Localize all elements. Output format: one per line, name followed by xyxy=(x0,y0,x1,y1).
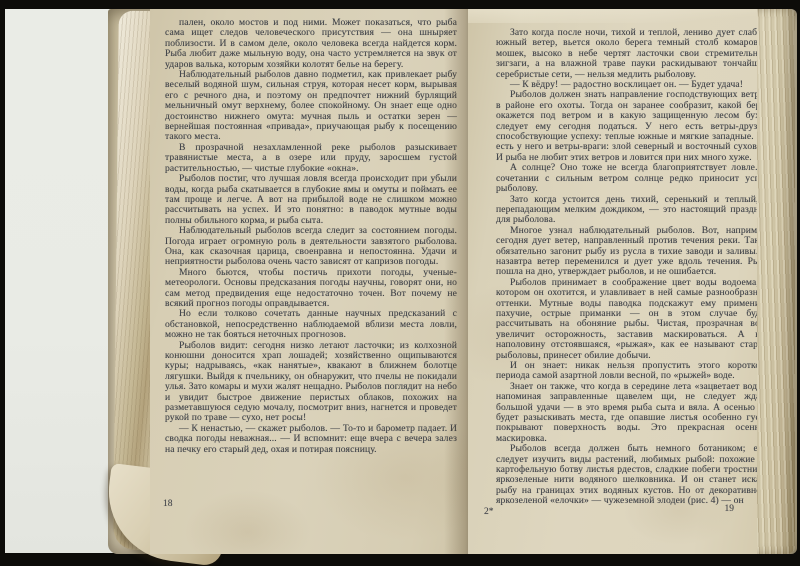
scanned-book-spread: пален, около мостов и под ними. Может по… xyxy=(0,0,800,566)
paragraph: Знает он также, что когда в середине лет… xyxy=(496,382,769,444)
paragraph: Зато когда устоится день тихий, сереньки… xyxy=(496,195,769,226)
open-book: пален, около мостов и под ними. Может по… xyxy=(108,9,797,554)
paragraph: А солнце? Оно тоже не всегда благоприятс… xyxy=(496,163,769,194)
left-page: пален, около мостов и под ними. Может по… xyxy=(150,9,476,554)
paragraph: Многое узнал наблюдательный рыболов. Вот… xyxy=(496,226,769,278)
left-page-text: пален, около мостов и под ними. Может по… xyxy=(165,18,457,455)
right-page-text: Зато когда после ночи, тихой и теплой, л… xyxy=(496,28,769,507)
left-page-number: 18 xyxy=(163,499,173,509)
paragraph: Рыболов всегда должен быть немного ботан… xyxy=(496,444,769,506)
paragraph: пален, около мостов и под ними. Может по… xyxy=(165,18,457,70)
paragraph: Рыболов видит: сегодня низко летают ласт… xyxy=(165,341,457,424)
signature-mark: 2* xyxy=(484,507,494,517)
right-page-edges xyxy=(757,9,795,554)
paragraph: Рыболов принимает в соображение цвет вод… xyxy=(496,278,769,361)
paragraph: Рыболов постиг, что лучшая ловля всегда … xyxy=(165,174,457,226)
paragraph: Зато когда после ночи, тихой и теплой, л… xyxy=(496,28,769,80)
paragraph: Наблюдательный рыболов всегда следит за … xyxy=(165,226,457,268)
right-page: Зато когда после ночи, тихой и теплой, л… xyxy=(468,9,770,554)
paragraph: Но если толково сочетать данные научных … xyxy=(165,309,457,340)
paragraph: Много бьются, чтобы постичь прихоти пого… xyxy=(165,268,457,310)
paragraph: Наблюдательный рыболов давно подметил, к… xyxy=(165,70,457,143)
right-page-number: 19 xyxy=(725,504,735,514)
paragraph: В прозрачной незахламленной реке рыболов… xyxy=(165,143,457,174)
paragraph: — К ненастью, — скажет рыболов. — То-то … xyxy=(165,424,457,455)
paragraph: Рыболов должен знать направление господс… xyxy=(496,90,769,163)
paragraph: И он знает: никак нельзя пропустить этог… xyxy=(496,361,769,382)
